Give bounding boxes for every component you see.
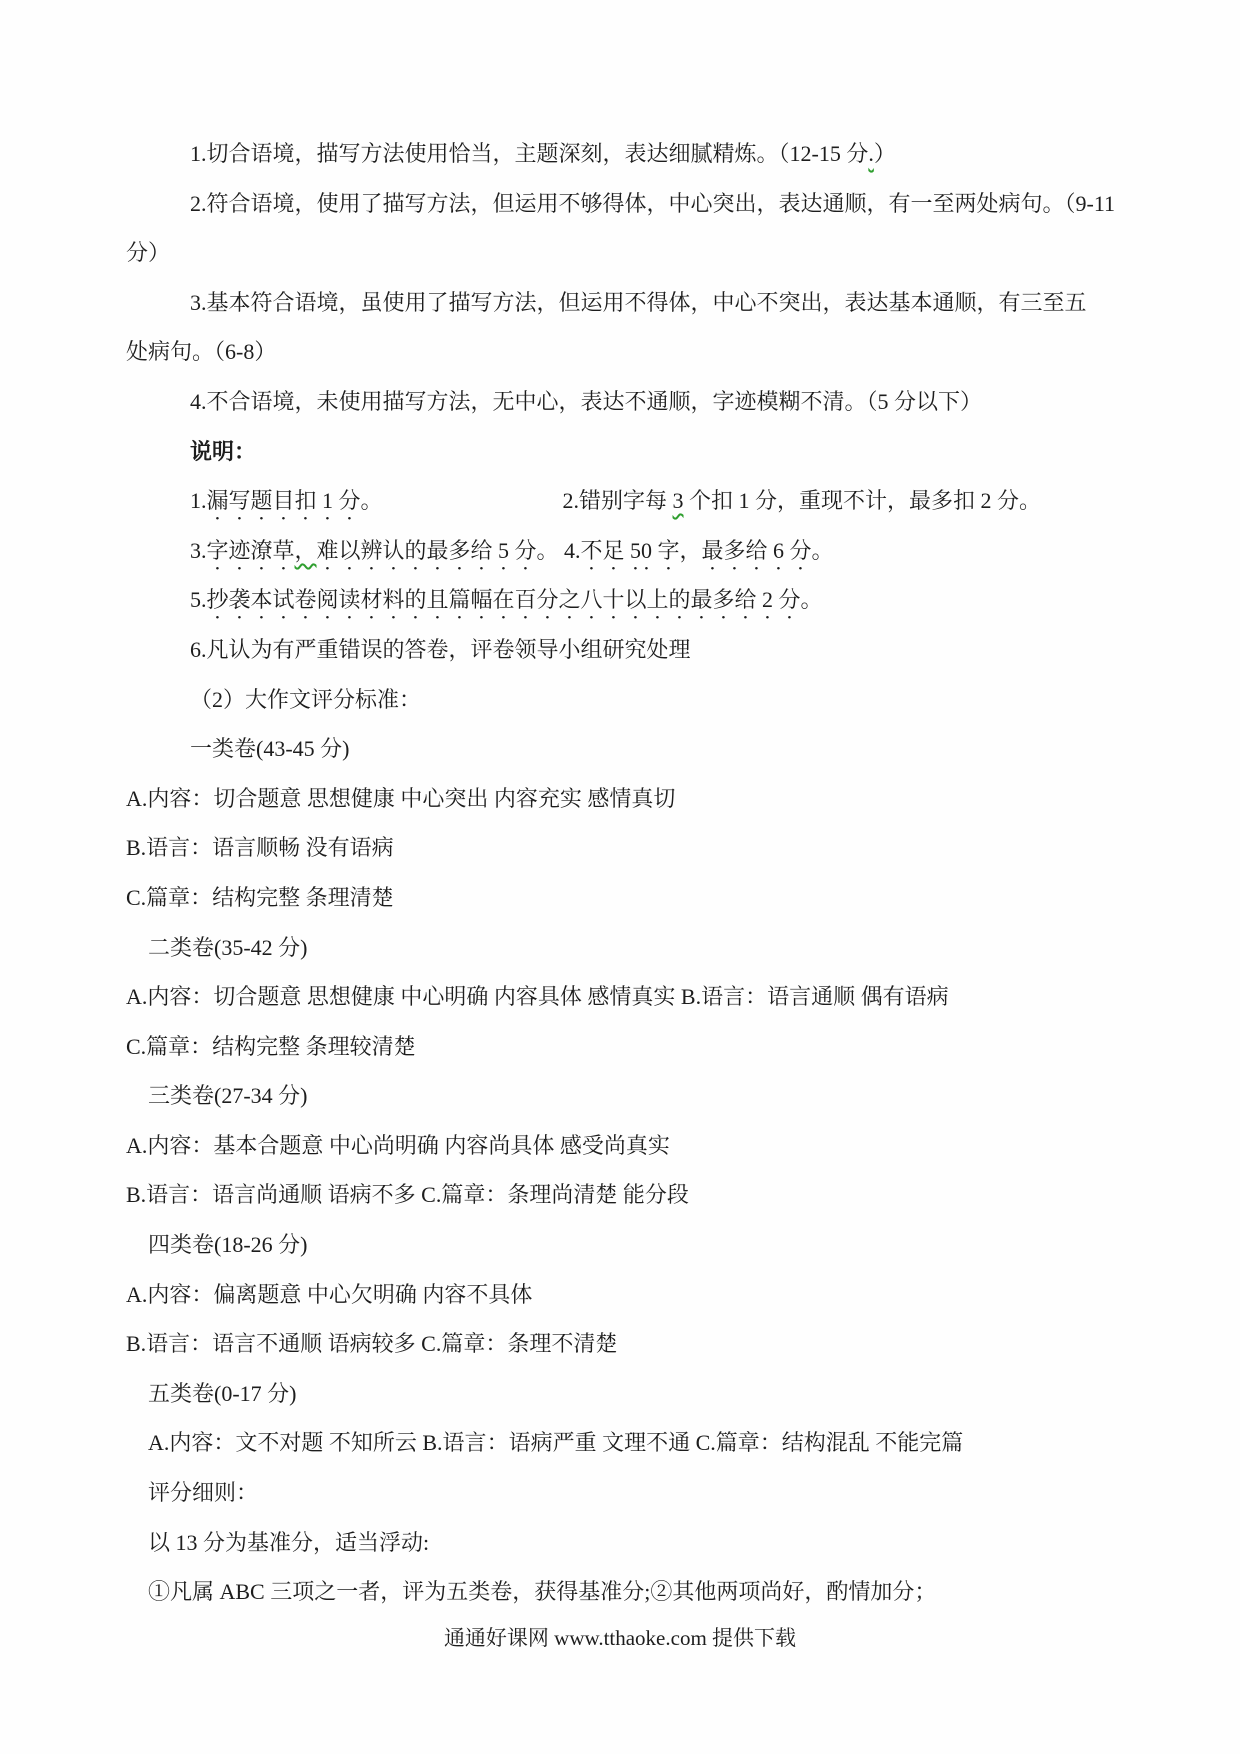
text-line: 1.切合语境，描写方法使用恰当，主题深刻，表达细腻精炼。（12-15 分.） bbox=[126, 129, 1200, 179]
text-segment: 分） bbox=[126, 240, 170, 265]
text-line: A.内容：切合题意 思想健康 中心明确 内容具体 感情真实 B.语言：语言通顺 … bbox=[126, 972, 1200, 1022]
text-line: 3.字迹潦草，难以辨认的最多给 5 分。 4.不足 50 字，最多给 6 分。 bbox=[126, 526, 1200, 576]
text-segment: 难以辨认的最多给 5 分。 bbox=[317, 538, 559, 563]
text-line: 6.凡认为有严重错误的答卷，评卷领导小组研究处理 bbox=[126, 625, 1200, 675]
text-segment: 2.错别字每 bbox=[563, 488, 673, 513]
text-line: 说明： bbox=[126, 427, 1200, 477]
document-page: 1.切合语境，描写方法使用恰当，主题深刻，表达细腻精炼。（12-15 分.）2.… bbox=[0, 0, 1240, 1754]
text-segment: ①凡属 ABC 三项之一者，评为五类卷，获得基准分;②其他两项尚好，酌情加分； bbox=[148, 1579, 936, 1604]
text-line: ①凡属 ABC 三项之一者，评为五类卷，获得基准分;②其他两项尚好，酌情加分； bbox=[126, 1567, 1200, 1617]
text-line: 1.漏写题目扣 1 分。2.错别字每 3 个扣 1 分，重现不计，最多扣 2 分… bbox=[126, 476, 1200, 526]
text-segment: B.语言：语言尚通顺 语病不多 C.篇章：条理尚清楚 能分段 bbox=[126, 1182, 689, 1207]
text-segment: 漏写题目扣 1 分。 bbox=[207, 488, 383, 513]
text-line: C.篇章：结构完整 条理清楚 bbox=[126, 873, 1200, 923]
text-line: 4.不合语境，未使用描写方法，无中心，表达不通顺，字迹模糊不清。（5 分以下） bbox=[126, 377, 1200, 427]
text-segment: A.内容：偏离题意 中心欠明确 内容不具体 bbox=[126, 1282, 532, 1307]
text-line: 以 13 分为基准分，适当浮动: bbox=[126, 1518, 1200, 1568]
text-segment: 二类卷(35-42 分) bbox=[148, 935, 307, 960]
text-line: 二类卷(35-42 分) bbox=[126, 923, 1200, 973]
text-line: B.语言：语言尚通顺 语病不多 C.篇章：条理尚清楚 能分段 bbox=[126, 1170, 1200, 1220]
text-segment: 说明： bbox=[190, 439, 256, 464]
text-line: 3.基本符合语境，虽使用了描写方法，但运用不得体，中心不突出，表达基本通顺，有三… bbox=[126, 278, 1200, 328]
text-line: A.内容：基本合题意 中心尚明确 内容尚具体 感受尚真实 bbox=[126, 1121, 1200, 1171]
text-segment: C.篇章：结构完整 条理较清楚 bbox=[126, 1034, 416, 1059]
text-segment: 5. bbox=[190, 587, 207, 612]
text-segment: 2.符合语境，使用了描写方法，但运用不够得体，中心突出，表达通顺，有一至两处病句… bbox=[190, 191, 1115, 216]
text-segment: A.内容：切合题意 思想健康 中心突出 内容充实 感情真切 bbox=[126, 786, 675, 811]
text-line: （2）大作文评分标准： bbox=[126, 675, 1200, 725]
text-line: 一类卷(43-45 分) bbox=[126, 724, 1200, 774]
text-segment: 1.切合语境，描写方法使用恰当，主题深刻，表达细腻精炼。（12-15 分 bbox=[190, 141, 868, 166]
text-segment: 4.不合语境，未使用描写方法，无中心，表达不通顺，字迹模糊不清。（5 分以下） bbox=[190, 389, 982, 414]
text-segment: 不足 50 字，最多给 6 分。 bbox=[581, 538, 834, 563]
text-line: B.语言：语言不通顺 语病较多 C.篇章：条理不清楚 bbox=[126, 1319, 1200, 1369]
text-segment: 处病句。（6-8） bbox=[126, 339, 276, 364]
text-line: 2.符合语境，使用了描写方法，但运用不够得体，中心突出，表达通顺，有一至两处病句… bbox=[126, 179, 1200, 229]
text-line: A.内容：偏离题意 中心欠明确 内容不具体 bbox=[126, 1270, 1200, 1320]
text-segment: A.内容：基本合题意 中心尚明确 内容尚具体 感受尚真实 bbox=[126, 1133, 670, 1158]
text-line: 分） bbox=[126, 228, 1200, 278]
text-line: 处病句。（6-8） bbox=[126, 327, 1200, 377]
text-segment: B.语言：语言不通顺 语病较多 C.篇章：条理不清楚 bbox=[126, 1331, 617, 1356]
spacer bbox=[383, 507, 563, 508]
text-line: 5.抄袭本试卷阅读材料的且篇幅在百分之八十以上的最多给 2 分。 bbox=[126, 575, 1200, 625]
text-segment: 3.基本符合语境，虽使用了描写方法，但运用不得体，中心不突出，表达基本通顺，有三… bbox=[190, 290, 1087, 315]
text-segment: A.内容：切合题意 思想健康 中心明确 内容具体 感情真实 B.语言：语言通顺 … bbox=[126, 984, 949, 1009]
text-segment: 三类卷(27-34 分) bbox=[148, 1083, 307, 1108]
text-line: 五类卷(0-17 分) bbox=[126, 1369, 1200, 1419]
footer-text: 通通好课网 www.tthaoke.com 提供下载 bbox=[444, 1626, 796, 1650]
text-segment: ， bbox=[295, 538, 317, 563]
text-line: A.内容：文不对题 不知所云 B.语言：语病严重 文理不通 C.篇章：结构混乱 … bbox=[126, 1418, 1200, 1468]
text-segment: 6.凡认为有严重错误的答卷，评卷领导小组研究处理 bbox=[190, 637, 691, 662]
text-segment: 评分细则： bbox=[148, 1480, 258, 1505]
text-segment: 四类卷(18-26 分) bbox=[148, 1232, 307, 1257]
text-segment: 3 bbox=[673, 488, 684, 513]
text-segment: 字迹潦草 bbox=[207, 538, 295, 563]
text-segment: 3. bbox=[190, 538, 207, 563]
text-segment: 1. bbox=[190, 488, 207, 513]
page-footer: 通通好课网 www.tthaoke.com 提供下载 bbox=[0, 1614, 1240, 1664]
text-line: 三类卷(27-34 分) bbox=[126, 1071, 1200, 1121]
text-segment: 以 13 分为基准分，适当浮动: bbox=[148, 1530, 429, 1555]
text-segment: B.语言：语言顺畅 没有语病 bbox=[126, 835, 394, 860]
text-segment: 五类卷(0-17 分) bbox=[148, 1381, 296, 1406]
text-segment: 个扣 1 分，重现不计，最多扣 2 分。 bbox=[684, 488, 1042, 513]
text-line: 四类卷(18-26 分) bbox=[126, 1220, 1200, 1270]
text-line: B.语言：语言顺畅 没有语病 bbox=[126, 823, 1200, 873]
text-segment: C.篇章：结构完整 条理清楚 bbox=[126, 885, 394, 910]
text-segment: A.内容：文不对题 不知所云 B.语言：语病严重 文理不通 C.篇章：结构混乱 … bbox=[148, 1430, 963, 1455]
text-line: C.篇章：结构完整 条理较清楚 bbox=[126, 1022, 1200, 1072]
text-segment: 抄袭本试卷阅读材料的且篇幅在百分之八十以上的最多给 2 分。 bbox=[207, 587, 823, 612]
text-segment: ） bbox=[874, 141, 896, 166]
text-segment: 一类卷(43-45 分) bbox=[190, 736, 349, 761]
text-segment: 4. bbox=[559, 538, 581, 563]
text-line: A.内容：切合题意 思想健康 中心突出 内容充实 感情真切 bbox=[126, 774, 1200, 824]
text-segment: （2）大作文评分标准： bbox=[190, 687, 421, 712]
document-body: 1.切合语境，描写方法使用恰当，主题深刻，表达细腻精炼。（12-15 分.）2.… bbox=[0, 0, 1240, 1617]
text-line: 评分细则： bbox=[126, 1468, 1200, 1518]
